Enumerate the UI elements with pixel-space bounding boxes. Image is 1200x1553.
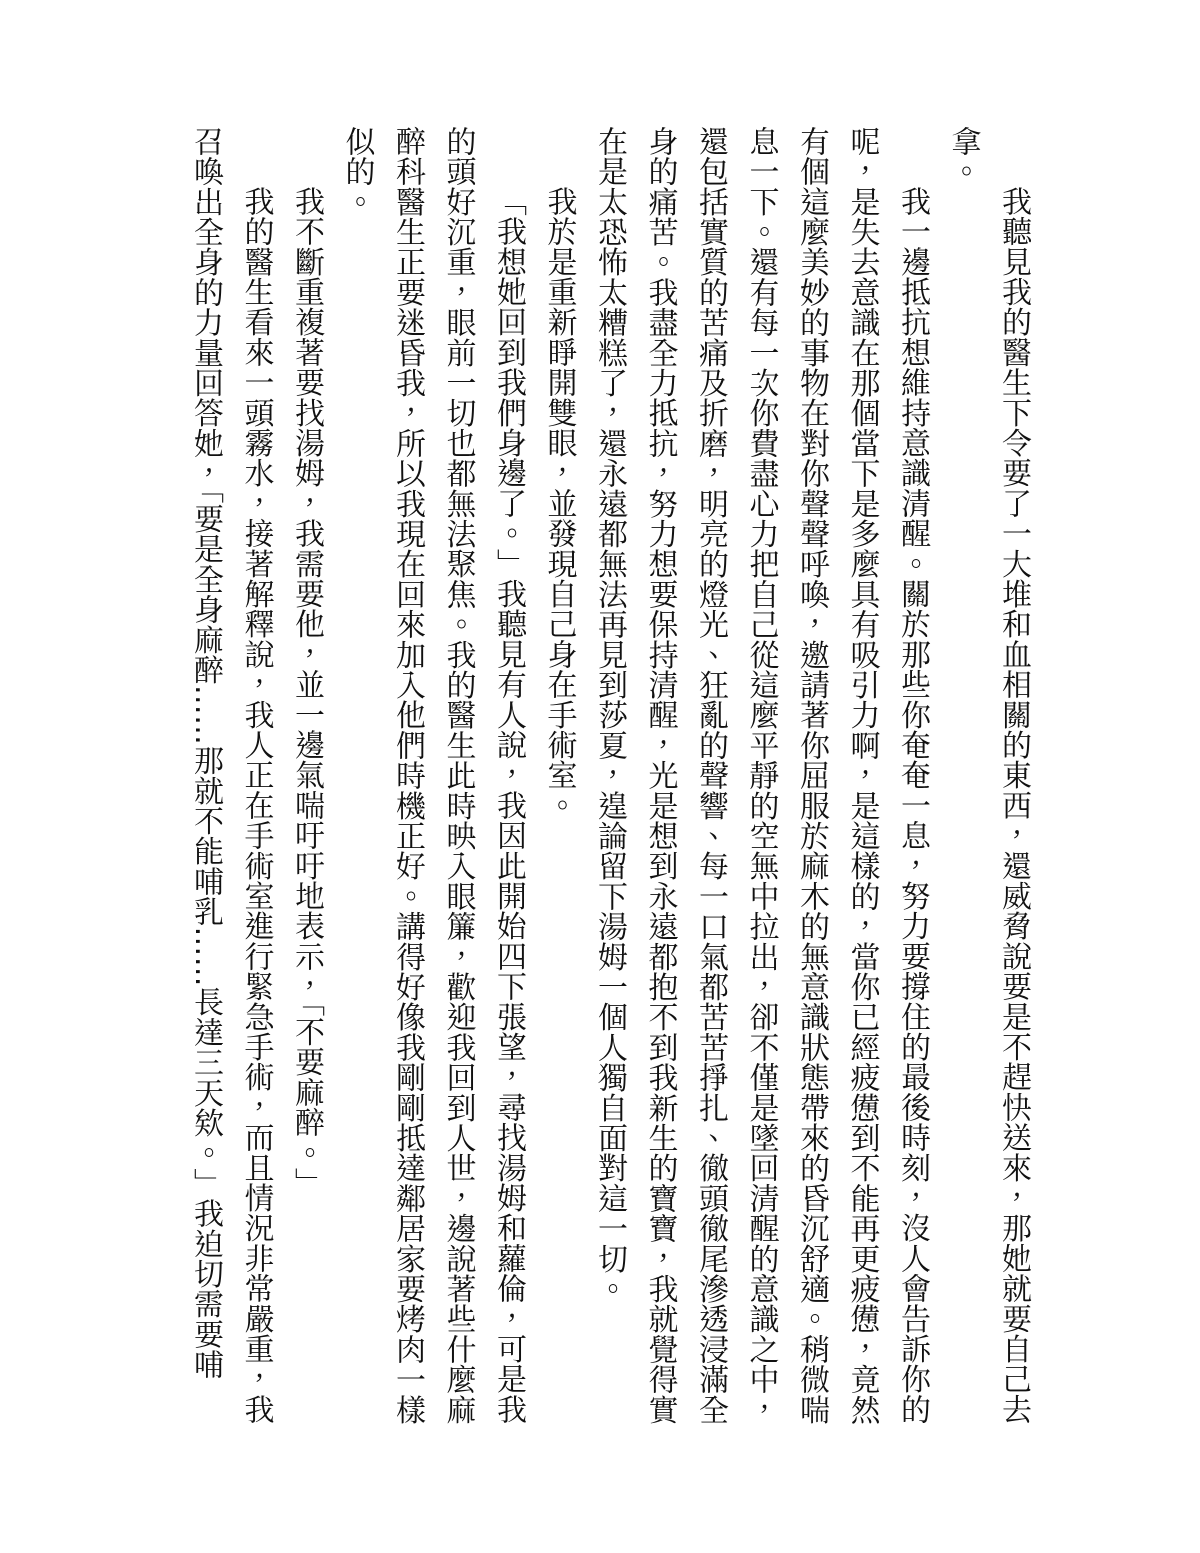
paragraph-6: 我的醫生看來一頭霧水，接著解釋說，我人正在手術室進行緊急手術，而且情況非常嚴重，…: [180, 126, 281, 1430]
book-page: 我聽見我的醫生下令要了一大堆和血相關的東西，還威脅說要是不趕快送來，那她就要自己…: [0, 0, 1200, 1553]
paragraph-4: 「我想她回到我們身邊了。」我聽見有人說，我因此開始四下張望，尋找湯姆和蘿倫，可是…: [331, 126, 533, 1430]
paragraph-2: 我一邊抵抗想維持意識清醒。關於那些你奄奄一息，努力要撐住的最後時刻，沒人會告訴你…: [584, 126, 938, 1430]
paragraph-3: 我於是重新睜開雙眼，並發現自己身在手術室。: [533, 126, 584, 1430]
paragraph-5: 我不斷重複著要找湯姆，我需要他，並一邊氣喘吁吁地表示，「不要麻醉。」: [281, 126, 332, 1430]
vertical-text-block: 我聽見我的醫生下令要了一大堆和血相關的東西，還威脅說要是不趕快送來，那她就要自己…: [176, 126, 1038, 1430]
paragraph-1: 我聽見我的醫生下令要了一大堆和血相關的東西，還威脅說要是不趕快送來，那她就要自己…: [937, 126, 1038, 1430]
